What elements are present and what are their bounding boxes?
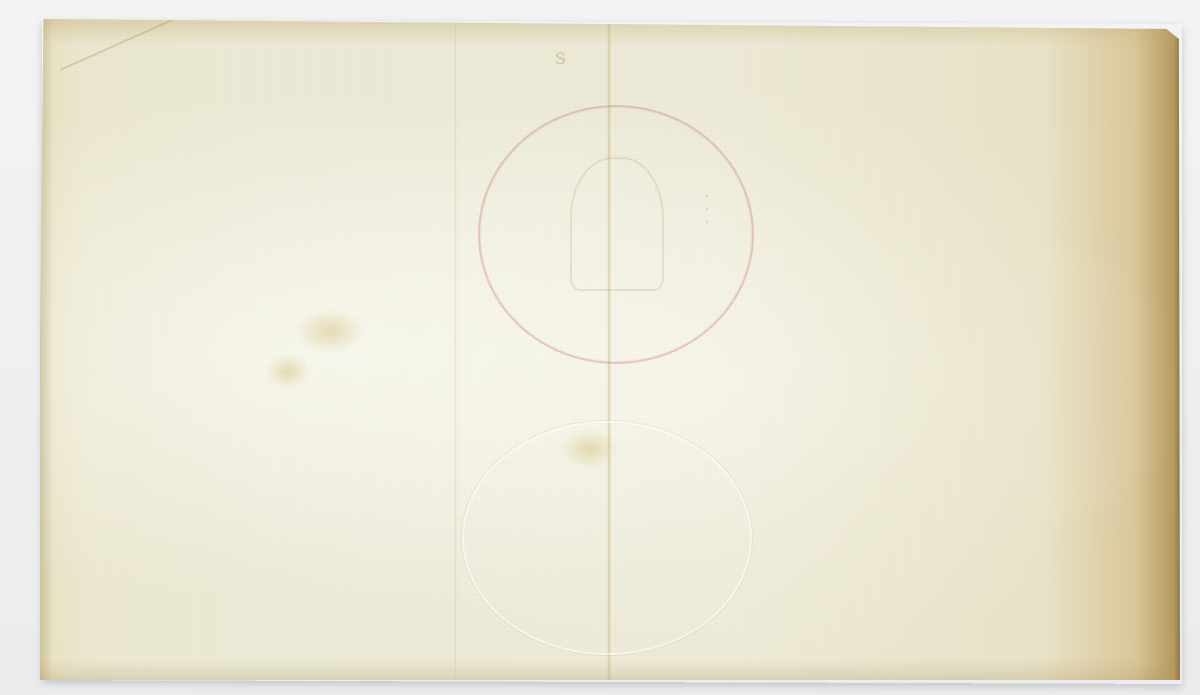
corner-crease bbox=[60, 0, 262, 71]
seal-figure bbox=[570, 157, 664, 291]
paper-note-reverse: S · · · bbox=[40, 19, 1180, 680]
embossed-oval-stamp bbox=[462, 421, 752, 655]
red-seal-show-through: · · · bbox=[478, 105, 754, 364]
seal-text: · · · bbox=[698, 194, 714, 226]
photo-scene: S · · · bbox=[0, 0, 1200, 695]
seal-mark: S bbox=[555, 49, 566, 68]
secondary-fold-line bbox=[454, 19, 457, 680]
foxing-stain bbox=[560, 429, 620, 469]
foxing-stain bbox=[295, 309, 365, 354]
foxing-stain bbox=[265, 354, 310, 389]
center-fold-line bbox=[607, 19, 611, 680]
